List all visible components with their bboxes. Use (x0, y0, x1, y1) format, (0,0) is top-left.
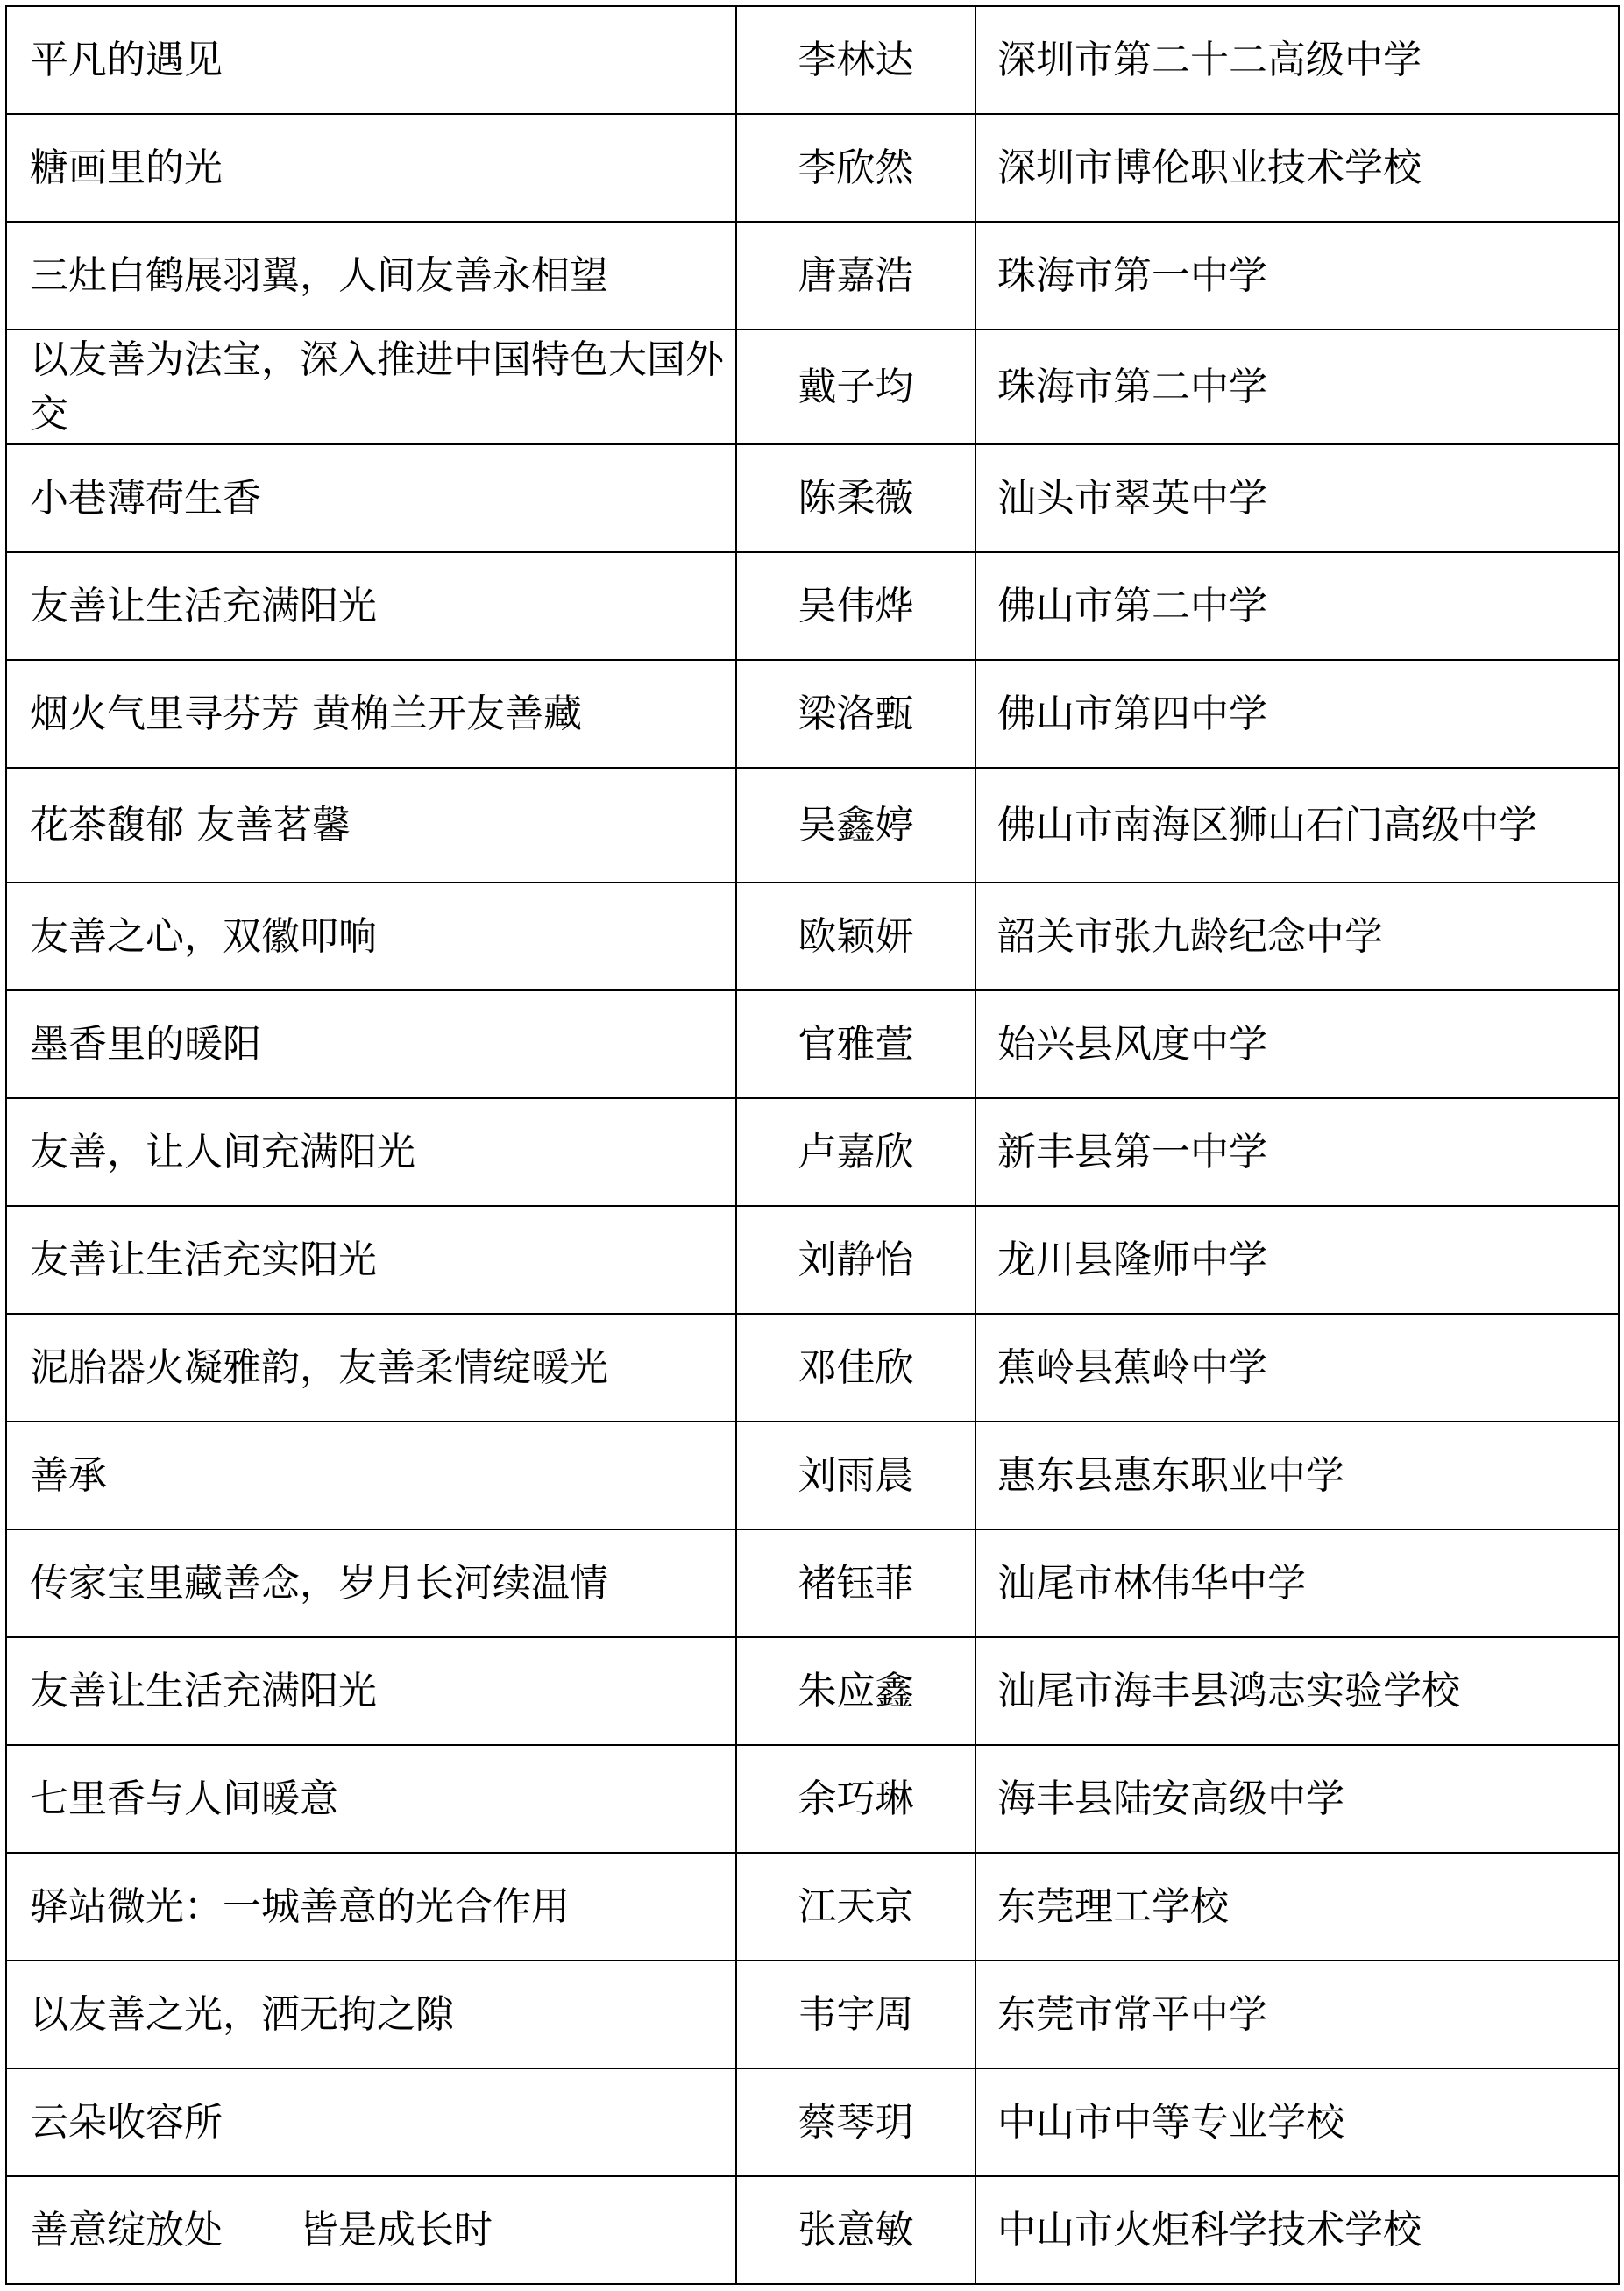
work-title-cell: 传家宝里藏善念，岁月长河续温情 (6, 1529, 736, 1637)
school-cell: 韶关市张九龄纪念中学 (975, 883, 1619, 990)
work-title-cell: 云朵收容所 (6, 2068, 736, 2176)
school-cell: 佛山市南海区狮山石门高级中学 (975, 768, 1619, 883)
school-cell: 深圳市第二十二高级中学 (975, 6, 1619, 114)
author-name-cell: 刘雨晨 (736, 1422, 975, 1529)
work-title-cell: 七里香与人间暖意 (6, 1745, 736, 1853)
school-cell: 佛山市第四中学 (975, 660, 1619, 768)
author-name-cell: 欧颖妍 (736, 883, 975, 990)
author-name-cell: 余巧琳 (736, 1745, 975, 1853)
author-name-cell: 官雅萱 (736, 990, 975, 1098)
author-name-cell: 吴伟烨 (736, 552, 975, 660)
author-name-cell: 戴子均 (736, 330, 975, 444)
author-name-cell: 唐嘉浩 (736, 222, 975, 330)
work-title-cell: 以友善为法宝，深入推进中国特色大国外交 (6, 330, 736, 444)
school-cell: 中山市中等专业学校 (975, 2068, 1619, 2176)
work-title-cell: 墨香里的暖阳 (6, 990, 736, 1098)
author-name-cell: 陈柔薇 (736, 444, 975, 552)
work-title-cell: 友善之心，双徽叩响 (6, 883, 736, 990)
school-cell: 东莞理工学校 (975, 1853, 1619, 1961)
author-name-cell: 褚钰菲 (736, 1529, 975, 1637)
table-row: 以友善之光，洒无拘之隙 韦宇周 东莞市常平中学 (6, 1961, 1619, 2068)
table-row: 糖画里的光 李欣然 深圳市博伦职业技术学校 (6, 114, 1619, 222)
author-name-cell: 梁洛甄 (736, 660, 975, 768)
school-cell: 佛山市第二中学 (975, 552, 1619, 660)
work-title-cell: 友善让生活充满阳光 (6, 552, 736, 660)
school-cell: 深圳市博伦职业技术学校 (975, 114, 1619, 222)
table-row: 友善让生活充满阳光 吴伟烨 佛山市第二中学 (6, 552, 1619, 660)
author-name-cell: 李欣然 (736, 114, 975, 222)
school-cell: 汕尾市林伟华中学 (975, 1529, 1619, 1637)
table-row: 花茶馥郁 友善茗馨 吴鑫婷 佛山市南海区狮山石门高级中学 (6, 768, 1619, 883)
work-title-cell: 善承 (6, 1422, 736, 1529)
author-name-cell: 吴鑫婷 (736, 768, 975, 883)
work-title-cell: 小巷薄荷生香 (6, 444, 736, 552)
work-title-cell: 糖画里的光 (6, 114, 736, 222)
school-cell: 中山市火炬科学技术学校 (975, 2176, 1619, 2284)
school-cell: 珠海市第二中学 (975, 330, 1619, 444)
school-cell: 海丰县陆安高级中学 (975, 1745, 1619, 1853)
author-name-cell: 韦宇周 (736, 1961, 975, 2068)
table-row: 传家宝里藏善念，岁月长河续温情 褚钰菲 汕尾市林伟华中学 (6, 1529, 1619, 1637)
work-title-cell: 友善让生活充实阳光 (6, 1206, 736, 1314)
table-row: 小巷薄荷生香 陈柔薇 汕头市翠英中学 (6, 444, 1619, 552)
school-cell: 惠东县惠东职业中学 (975, 1422, 1619, 1529)
author-name-cell: 李林达 (736, 6, 975, 114)
table-row: 以友善为法宝，深入推进中国特色大国外交 戴子均 珠海市第二中学 (6, 330, 1619, 444)
work-title-cell: 三灶白鹤展羽翼，人间友善永相望 (6, 222, 736, 330)
school-cell: 始兴县风度中学 (975, 990, 1619, 1098)
table-row: 泥胎器火凝雅韵，友善柔情绽暖光 邓佳欣 蕉岭县蕉岭中学 (6, 1314, 1619, 1422)
work-title-cell: 驿站微光：一城善意的光合作用 (6, 1853, 736, 1961)
work-title-cell: 善意绽放处 皆是成长时 (6, 2176, 736, 2284)
work-title-cell: 友善让生活充满阳光 (6, 1637, 736, 1745)
award-list-table: 平凡的遇见 李林达 深圳市第二十二高级中学 糖画里的光 李欣然 深圳市博伦职业技… (5, 5, 1620, 2285)
table-row: 云朵收容所 蔡琴玥 中山市中等专业学校 (6, 2068, 1619, 2176)
table-row: 七里香与人间暖意 余巧琳 海丰县陆安高级中学 (6, 1745, 1619, 1853)
school-cell: 蕉岭县蕉岭中学 (975, 1314, 1619, 1422)
author-name-cell: 江天京 (736, 1853, 975, 1961)
table-row: 友善让生活充满阳光 朱应鑫 汕尾市海丰县鸿志实验学校 (6, 1637, 1619, 1745)
school-cell: 汕头市翠英中学 (975, 444, 1619, 552)
author-name-cell: 邓佳欣 (736, 1314, 975, 1422)
author-name-cell: 蔡琴玥 (736, 2068, 975, 2176)
author-name-cell: 刘静怡 (736, 1206, 975, 1314)
table-row: 驿站微光：一城善意的光合作用 江天京 东莞理工学校 (6, 1853, 1619, 1961)
table-row: 平凡的遇见 李林达 深圳市第二十二高级中学 (6, 6, 1619, 114)
table-row: 三灶白鹤展羽翼，人间友善永相望 唐嘉浩 珠海市第一中学 (6, 222, 1619, 330)
table-row: 烟火气里寻芬芳 黄桷兰开友善藏 梁洛甄 佛山市第四中学 (6, 660, 1619, 768)
author-name-cell: 张意敏 (736, 2176, 975, 2284)
school-cell: 汕尾市海丰县鸿志实验学校 (975, 1637, 1619, 1745)
work-title-cell: 以友善之光，洒无拘之隙 (6, 1961, 736, 2068)
work-title-cell: 友善，让人间充满阳光 (6, 1098, 736, 1206)
table-row: 善承 刘雨晨 惠东县惠东职业中学 (6, 1422, 1619, 1529)
work-title-cell: 平凡的遇见 (6, 6, 736, 114)
work-title-cell: 泥胎器火凝雅韵，友善柔情绽暖光 (6, 1314, 736, 1422)
school-cell: 龙川县隆师中学 (975, 1206, 1619, 1314)
table-row: 友善让生活充实阳光 刘静怡 龙川县隆师中学 (6, 1206, 1619, 1314)
work-title-cell: 花茶馥郁 友善茗馨 (6, 768, 736, 883)
author-name-cell: 卢嘉欣 (736, 1098, 975, 1206)
table-row: 友善之心，双徽叩响 欧颖妍 韶关市张九龄纪念中学 (6, 883, 1619, 990)
school-cell: 珠海市第一中学 (975, 222, 1619, 330)
table-row: 友善，让人间充满阳光 卢嘉欣 新丰县第一中学 (6, 1098, 1619, 1206)
work-title-cell: 烟火气里寻芬芳 黄桷兰开友善藏 (6, 660, 736, 768)
school-cell: 东莞市常平中学 (975, 1961, 1619, 2068)
table-row: 墨香里的暖阳 官雅萱 始兴县风度中学 (6, 990, 1619, 1098)
school-cell: 新丰县第一中学 (975, 1098, 1619, 1206)
table-row: 善意绽放处 皆是成长时 张意敏 中山市火炬科学技术学校 (6, 2176, 1619, 2284)
author-name-cell: 朱应鑫 (736, 1637, 975, 1745)
